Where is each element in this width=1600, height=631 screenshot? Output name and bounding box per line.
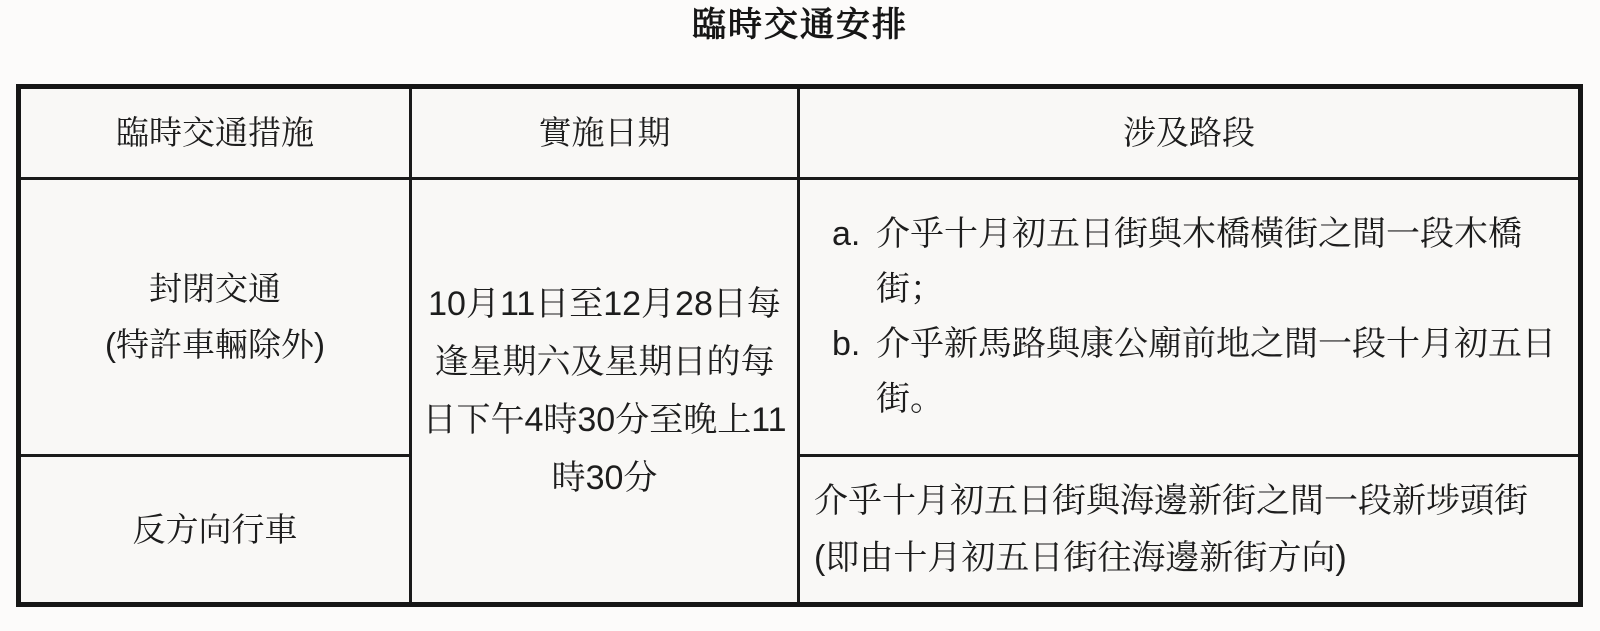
cell-measure-reverse-driving: 反方向行車 <box>21 457 412 602</box>
cell-implementation-dates: 10月11日至12月28日每 逢星期六及星期日的每 日下午4時30分至晚上11 … <box>412 180 800 602</box>
measure-closed-traffic-line2: (特許車輛除外) <box>105 317 325 373</box>
measure-closed-traffic-line1: 封閉交通 <box>149 261 281 317</box>
road-item-a: a. 介乎十月初五日街與木橋橫街之間一段木橋 街； <box>832 207 1568 317</box>
road-item-a-line1: 介乎十月初五日街與木橋橫街之間一段木橋 <box>876 207 1522 262</box>
column-header-roads-label: 涉及路段 <box>1123 105 1255 161</box>
column-header-dates-label: 實施日期 <box>539 105 671 161</box>
roads-reverse-driving-text: 介乎十月初五日街與海邊新街之間一段新埗頭街 (即由十月初五日街往海邊新街方向) <box>800 473 1578 587</box>
measure-reverse-driving-label: 反方向行車 <box>133 502 298 558</box>
road-item-a-marker: a. <box>832 207 876 262</box>
column-header-dates: 實施日期 <box>412 89 800 180</box>
road-item-b-marker: b. <box>832 317 876 372</box>
cell-roads-reverse-driving: 介乎十月初五日街與海邊新街之間一段新埗頭街 (即由十月初五日街往海邊新街方向) <box>800 457 1578 602</box>
column-header-measures-label: 臨時交通措施 <box>116 105 314 161</box>
road-item-b-line1: 介乎新馬路與康公廟前地之間一段十月初五日 <box>876 317 1556 372</box>
date-line-2: 逢星期六及星期日的每 <box>435 333 775 391</box>
road-item-a-text: 介乎十月初五日街與木橋橫街之間一段木橋 街； <box>876 207 1522 317</box>
roads-reverse-line1: 介乎十月初五日街與海邊新街之間一段新埗頭街 <box>814 473 1568 530</box>
traffic-arrangement-table: 臨時交通措施 實施日期 涉及路段 封閉交通 (特許車輛除外) 10月11日至12… <box>16 84 1583 607</box>
road-list: a. 介乎十月初五日街與木橋橫街之間一段木橋 街； b. 介乎新馬路與康公廟前地… <box>800 207 1578 427</box>
date-line-4: 時30分 <box>552 449 658 507</box>
cell-roads-closed-traffic: a. 介乎十月初五日街與木橋橫街之間一段木橋 街； b. 介乎新馬路與康公廟前地… <box>800 180 1578 457</box>
road-item-a-line2: 街； <box>876 262 1522 317</box>
roads-reverse-line2: (即由十月初五日街往海邊新街方向) <box>814 530 1568 587</box>
page-title: 臨時交通安排 <box>0 4 1600 46</box>
date-line-1: 10月11日至12月28日每 <box>428 275 781 333</box>
road-item-b: b. 介乎新馬路與康公廟前地之間一段十月初五日 街。 <box>832 317 1568 427</box>
cell-measure-closed-traffic: 封閉交通 (特許車輛除外) <box>21 180 412 457</box>
column-header-measures: 臨時交通措施 <box>21 89 412 180</box>
page: 臨時交通安排 臨時交通措施 實施日期 涉及路段 封閉交通 (特許車輛除外) 10… <box>0 0 1600 631</box>
column-header-roads: 涉及路段 <box>800 89 1578 180</box>
date-line-3: 日下午4時30分至晚上11 <box>422 391 786 449</box>
road-item-b-text: 介乎新馬路與康公廟前地之間一段十月初五日 街。 <box>876 317 1556 427</box>
road-item-b-line2: 街。 <box>876 372 1556 427</box>
